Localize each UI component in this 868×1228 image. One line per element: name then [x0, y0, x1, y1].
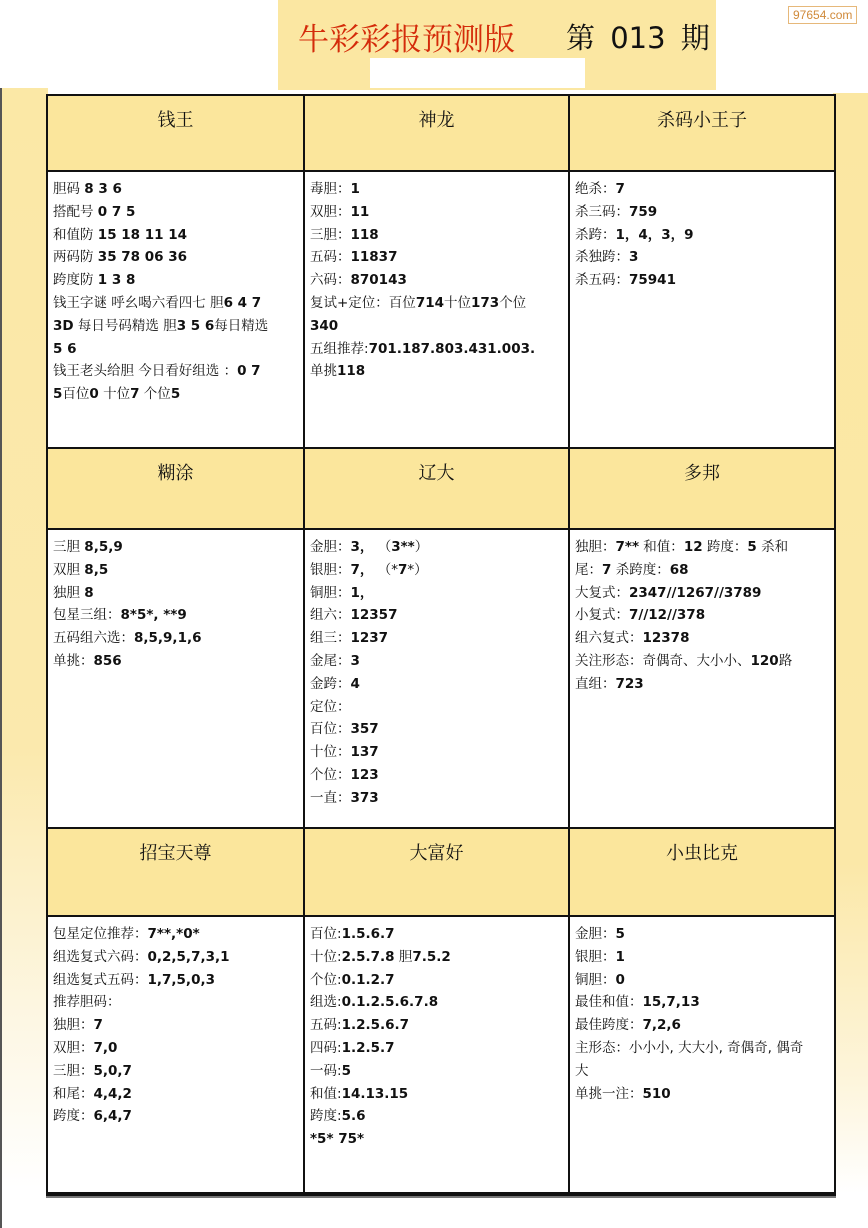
prediction-label: 单挑： — [53, 653, 94, 669]
title-blank-box — [370, 58, 585, 88]
prediction-value: 510 — [643, 1086, 671, 1102]
prediction-value: 8 — [84, 585, 93, 601]
prediction-value: 2347//1267//3789 — [629, 585, 761, 601]
expert-predictions: 毒胆：1双胆：11三胆：118五码：11837六码：870143复试+定位：百位… — [305, 172, 570, 449]
page-title: 牛彩彩报预测版 — [298, 14, 515, 59]
prediction-value: 7 — [94, 1017, 103, 1033]
prediction-line: 复试+定位：百位714十位173个位 — [310, 292, 568, 315]
prediction-label: 和值: — [310, 1086, 342, 1102]
prediction-label: 十位 — [444, 295, 471, 311]
prediction-value: 15,7,13 — [643, 994, 700, 1010]
prediction-value: 6 4 7 — [224, 295, 262, 311]
prediction-label: 六码： — [310, 272, 351, 288]
prediction-value: 6,4,7 — [94, 1108, 132, 1124]
prediction-value: 5 6 — [53, 341, 77, 357]
prediction-value: 14.13.15 — [342, 1086, 409, 1102]
prediction-label: 和值： — [639, 539, 684, 555]
prediction-value: 7.5.2 — [412, 949, 450, 965]
prediction-value: 5 — [616, 926, 625, 942]
prediction-value: 4,4,2 — [94, 1086, 132, 1102]
prediction-value: 137 — [351, 744, 379, 760]
prediction-label: 杀独跨： — [575, 249, 629, 265]
prediction-label: 金跨： — [310, 676, 351, 692]
prediction-label: （* — [373, 562, 398, 578]
prediction-line: 三胆：118 — [310, 224, 568, 247]
prediction-line: 包星定位推荐：7**,*0* — [53, 923, 303, 946]
prediction-line: 双胆：11 — [310, 201, 568, 224]
prediction-value: 8*5*, **9 — [121, 607, 187, 623]
prediction-value: 0,2,5,7,3,1 — [148, 949, 230, 965]
right-decor-panel — [833, 93, 868, 1193]
prediction-value: 8,5 — [84, 562, 108, 578]
prediction-line: 单挑一注：510 — [575, 1083, 834, 1106]
prediction-line: 一直：373 — [310, 787, 568, 810]
prediction-line: 金尾：3 — [310, 650, 568, 673]
prediction-line: 五码：11837 — [310, 246, 568, 269]
prediction-line: 一码:5 — [310, 1060, 568, 1083]
prediction-label: 银胆： — [310, 562, 351, 578]
expert-header: 神龙 — [305, 96, 570, 172]
prediction-value: 7//12//378 — [629, 607, 705, 623]
prediction-label: 独胆： — [575, 539, 616, 555]
prediction-line: 5 6 — [53, 338, 303, 361]
prediction-label: 组选复式六码： — [53, 949, 148, 965]
prediction-value: 1，4，3，9 — [616, 227, 694, 243]
prediction-label: 双胆 — [53, 562, 84, 578]
prediction-label: 最佳跨度： — [575, 1017, 643, 1033]
prediction-value: 15 18 11 14 — [98, 227, 187, 243]
prediction-label: 搭配号 — [53, 204, 98, 220]
watermark: 97654.com — [788, 6, 857, 24]
prediction-label: 组三： — [310, 630, 351, 646]
prediction-line: 金跨：4 — [310, 673, 568, 696]
prediction-line: 和值:14.13.15 — [310, 1083, 568, 1106]
prediction-value: 8,5,9 — [84, 539, 122, 555]
prediction-value: 4 — [351, 676, 360, 692]
prediction-label: 金胆： — [575, 926, 616, 942]
prediction-label: 每日号码精选 胆 — [74, 318, 177, 334]
prediction-value: 373 — [351, 790, 379, 806]
prediction-label: 五码: — [310, 1017, 342, 1033]
prediction-value: 173 — [471, 295, 499, 311]
prediction-value: 3 — [629, 249, 638, 265]
prediction-line: 杀三码：759 — [575, 201, 834, 224]
prediction-value: 3 — [351, 653, 360, 669]
prediction-line: 独胆：7 — [53, 1014, 303, 1037]
prediction-value: 68 — [670, 562, 689, 578]
prediction-label: 包星三组： — [53, 607, 121, 623]
prediction-value: 3** — [391, 539, 415, 555]
prediction-value: 1.2.5.6.7 — [342, 1017, 409, 1033]
prediction-label: 组选复式五码： — [53, 972, 148, 988]
prediction-label: 五组推荐: — [310, 341, 369, 357]
prediction-label: 绝杀： — [575, 181, 616, 197]
prediction-line: 包星三组：8*5*, **9 — [53, 604, 303, 627]
prediction-line: 双胆 8,5 — [53, 559, 303, 582]
prediction-label: 单挑一注： — [575, 1086, 643, 1102]
prediction-table: 钱王神龙杀码小王子胆码 8 3 6搭配号 0 7 5和值防 15 18 11 1… — [46, 94, 836, 1196]
prediction-line: 三胆：5,0,7 — [53, 1060, 303, 1083]
prediction-line: 搭配号 0 7 5 — [53, 201, 303, 224]
prediction-label: 复试+定位：百位 — [310, 295, 416, 311]
prediction-line: 独胆 8 — [53, 582, 303, 605]
prediction-label: 和尾： — [53, 1086, 94, 1102]
prediction-label: 十位： — [310, 744, 351, 760]
prediction-line: 组选复式六码：0,2,5,7,3,1 — [53, 946, 303, 969]
prediction-label: 五码： — [310, 249, 351, 265]
prediction-line: 和尾：4,4,2 — [53, 1083, 303, 1106]
expert-predictions: 百位:1.5.6.7十位:2.5.7.8 胆7.5.2个位:0.1.2.7组选:… — [305, 917, 570, 1192]
prediction-label: 推荐胆码： — [53, 994, 121, 1010]
prediction-line: 5百位0 十位7 个位5 — [53, 383, 303, 406]
prediction-label: 组六复式： — [575, 630, 643, 646]
prediction-line: 组三：1237 — [310, 627, 568, 650]
prediction-value: 120 — [751, 653, 779, 669]
prediction-value: 723 — [616, 676, 644, 692]
expert-header: 大富好 — [305, 829, 570, 917]
prediction-line: 组选复式五码：1,7,5,0,3 — [53, 969, 303, 992]
expert-predictions: 金胆：5银胆：1铜胆：0最佳和值：15,7,13最佳跨度：7,2,6主形态：小小… — [570, 917, 834, 1192]
prediction-value: 35 78 06 36 — [98, 249, 187, 265]
prediction-line: 3D 每日号码精选 胆3 5 6每日精选 — [53, 315, 303, 338]
prediction-value: 12357 — [351, 607, 398, 623]
prediction-value: 357 — [351, 721, 379, 737]
prediction-line: 和值防 15 18 11 14 — [53, 224, 303, 247]
prediction-value: 0 7 5 — [98, 204, 136, 220]
prediction-label: 胆码 — [53, 181, 84, 197]
prediction-value: 1.5.6.7 — [342, 926, 395, 942]
prediction-line: 十位:2.5.7.8 胆7.5.2 — [310, 946, 568, 969]
prediction-value: 7**,*0* — [148, 926, 200, 942]
prediction-label: 独胆 — [53, 585, 84, 601]
prediction-value: 8 3 6 — [84, 181, 122, 197]
prediction-value: 7 — [130, 386, 139, 402]
prediction-value: 2.5.7.8 — [342, 949, 395, 965]
prediction-line: 尾：7 杀跨度：68 — [575, 559, 834, 582]
prediction-line: 铜胆：1， — [310, 582, 568, 605]
prediction-label: 两码防 — [53, 249, 98, 265]
prediction-line: 单挑：856 — [53, 650, 303, 673]
prediction-value: 75941 — [629, 272, 676, 288]
prediction-label: 独胆： — [53, 1017, 94, 1033]
prediction-label: 定位： — [310, 699, 351, 715]
prediction-label: 大复式： — [575, 585, 629, 601]
prediction-label: 杀三码： — [575, 204, 629, 220]
prediction-line: 钱王字谜 呼幺喝六看四七 胆6 4 7 — [53, 292, 303, 315]
prediction-label: 毒胆： — [310, 181, 351, 197]
prediction-label: 杀跨： — [575, 227, 616, 243]
issue-number: 第 013 期 — [566, 16, 710, 57]
prediction-line: 金胆：5 — [575, 923, 834, 946]
prediction-value: 3 5 6 — [177, 318, 215, 334]
prediction-line: 三胆 8,5,9 — [53, 536, 303, 559]
prediction-line: 个位:0.1.2.7 — [310, 969, 568, 992]
prediction-value: 340 — [310, 318, 338, 334]
expert-header: 辽大 — [305, 449, 570, 530]
expert-predictions: 绝杀：7杀三码：759杀跨：1，4，3，9杀独跨：3杀五码：75941 — [570, 172, 834, 449]
prediction-value: 0.1.2.5.6.7.8 — [342, 994, 439, 1010]
prediction-label: 双胆： — [310, 204, 351, 220]
prediction-line: 十位：137 — [310, 741, 568, 764]
expert-header: 钱王 — [48, 96, 305, 172]
prediction-value: 5.6 — [342, 1108, 366, 1124]
prediction-label: 三胆： — [310, 227, 351, 243]
prediction-line: 四码:1.2.5.7 — [310, 1037, 568, 1060]
prediction-label: 百位 — [62, 386, 89, 402]
prediction-label: 关注形态：奇偶奇、大小小、 — [575, 653, 751, 669]
prediction-label: 十位 — [99, 386, 130, 402]
prediction-value: 5 — [171, 386, 180, 402]
prediction-value: 856 — [94, 653, 122, 669]
prediction-line: 银胆：1 — [575, 946, 834, 969]
prediction-value: 1 — [351, 181, 360, 197]
prediction-label: 尾： — [575, 562, 602, 578]
prediction-label: 小复式： — [575, 607, 629, 623]
prediction-label: 和值防 — [53, 227, 98, 243]
prediction-line: 金胆：3， （3**） — [310, 536, 568, 559]
prediction-line: 大复式：2347//1267//3789 — [575, 582, 834, 605]
prediction-label: 银胆： — [575, 949, 616, 965]
prediction-value: 714 — [416, 295, 444, 311]
prediction-line: 百位：357 — [310, 718, 568, 741]
prediction-line: 定位： — [310, 696, 568, 719]
expert-header: 招宝天尊 — [48, 829, 305, 917]
prediction-label: 双胆： — [53, 1040, 94, 1056]
prediction-value: 0 — [616, 972, 625, 988]
prediction-line: 组六：12357 — [310, 604, 568, 627]
prediction-label: 一码: — [310, 1063, 342, 1079]
expert-header: 小虫比克 — [570, 829, 834, 917]
left-edge-line — [0, 1080, 2, 1228]
prediction-value: 1,7,5,0,3 — [148, 972, 215, 988]
prediction-value: *5* 75* — [310, 1131, 364, 1147]
prediction-label: 包星定位推荐： — [53, 926, 148, 942]
prediction-label: 大 — [575, 1063, 589, 1079]
prediction-line: 大 — [575, 1060, 834, 1083]
prediction-label: 跨度: — [310, 1108, 342, 1124]
prediction-label: ） — [415, 539, 429, 555]
prediction-line: 组选:0.1.2.5.6.7.8 — [310, 991, 568, 1014]
prediction-value: 12 — [684, 539, 703, 555]
prediction-line: 关注形态：奇偶奇、大小小、120路 — [575, 650, 834, 673]
prediction-value: 123 — [351, 767, 379, 783]
prediction-label: 金尾： — [310, 653, 351, 669]
prediction-value: 118 — [351, 227, 379, 243]
prediction-value: 8,5,9,1,6 — [134, 630, 201, 646]
prediction-line: *5* 75* — [310, 1128, 568, 1151]
prediction-value: 3D — [53, 318, 74, 334]
prediction-line: 两码防 35 78 06 36 — [53, 246, 303, 269]
prediction-value: 1 3 8 — [98, 272, 136, 288]
prediction-label: 铜胆： — [310, 585, 351, 601]
prediction-line: 六码：870143 — [310, 269, 568, 292]
prediction-value: 7,0 — [94, 1040, 118, 1056]
prediction-line: 跨度:5.6 — [310, 1105, 568, 1128]
prediction-value: 3， — [351, 539, 374, 555]
prediction-label: （ — [373, 539, 391, 555]
prediction-label: 跨度防 — [53, 272, 98, 288]
prediction-line: 百位:1.5.6.7 — [310, 923, 568, 946]
expert-header: 多邦 — [570, 449, 834, 530]
prediction-label: 组六： — [310, 607, 351, 623]
prediction-line: 杀五码：75941 — [575, 269, 834, 292]
prediction-value: 1 — [616, 949, 625, 965]
prediction-line: 跨度：6,4,7 — [53, 1105, 303, 1128]
prediction-label: 个位： — [310, 767, 351, 783]
prediction-line: 直组：723 — [575, 673, 834, 696]
expert-predictions: 金胆：3， （3**）银胆：7， （*7*）铜胆：1，组六：12357组三：12… — [305, 530, 570, 829]
prediction-line: 绝杀：7 — [575, 178, 834, 201]
prediction-line: 最佳和值：15,7,13 — [575, 991, 834, 1014]
expert-predictions: 包星定位推荐：7**,*0*组选复式六码：0,2,5,7,3,1组选复式五码：1… — [48, 917, 305, 1192]
prediction-value: 11 — [351, 204, 370, 220]
prediction-label: 杀五码： — [575, 272, 629, 288]
prediction-line: 主形态：小小小, 大大小, 奇偶奇, 偶奇 — [575, 1037, 834, 1060]
prediction-label: 三胆 — [53, 539, 84, 555]
expert-predictions: 胆码 8 3 6搭配号 0 7 5和值防 15 18 11 14两码防 35 7… — [48, 172, 305, 449]
prediction-line: 胆码 8 3 6 — [53, 178, 303, 201]
prediction-line: 小复式：7//12//378 — [575, 604, 834, 627]
prediction-line: 银胆：7， （*7*） — [310, 559, 568, 582]
prediction-label: 钱王老头给胆 今日看好组选 ： — [53, 363, 237, 379]
prediction-label: 跨度： — [703, 539, 748, 555]
expert-predictions: 独胆：7** 和值：12 跨度：5 杀和尾：7 杀跨度：68大复式：2347//… — [570, 530, 834, 829]
prediction-label: 钱王字谜 呼幺喝六看四七 胆 — [53, 295, 224, 311]
prediction-label: 四码: — [310, 1040, 342, 1056]
expert-header: 糊涂 — [48, 449, 305, 530]
prediction-line: 单挑118 — [310, 360, 568, 383]
prediction-label: 个位: — [310, 972, 342, 988]
expert-predictions: 三胆 8,5,9双胆 8,5独胆 8包星三组：8*5*, **9五码组六选：8,… — [48, 530, 305, 829]
prediction-line: 杀独跨：3 — [575, 246, 834, 269]
prediction-value: 11837 — [351, 249, 398, 265]
prediction-value: 1237 — [351, 630, 389, 646]
prediction-line: 铜胆：0 — [575, 969, 834, 992]
prediction-label: *） — [407, 562, 427, 578]
prediction-line: 340 — [310, 315, 568, 338]
prediction-line: 五码:1.2.5.6.7 — [310, 1014, 568, 1037]
prediction-label: 三胆： — [53, 1063, 94, 1079]
prediction-value: 7 — [602, 562, 611, 578]
prediction-line: 双胆：7,0 — [53, 1037, 303, 1060]
left-decor-panel — [0, 88, 48, 1188]
prediction-value: 0.1.2.7 — [342, 972, 395, 988]
prediction-label: 百位： — [310, 721, 351, 737]
prediction-label: 每日精选 — [214, 318, 268, 334]
prediction-value: 7 — [398, 562, 407, 578]
prediction-label: 直组： — [575, 676, 616, 692]
prediction-label: 十位: — [310, 949, 342, 965]
prediction-value: 5,0,7 — [94, 1063, 132, 1079]
prediction-label: 一直： — [310, 790, 351, 806]
prediction-label: 个位 — [499, 295, 526, 311]
prediction-label: 路 — [779, 653, 793, 669]
prediction-label: 个位 — [140, 386, 171, 402]
prediction-line: 钱王老头给胆 今日看好组选 ：0 7 — [53, 360, 303, 383]
prediction-label: 杀跨度： — [611, 562, 669, 578]
title-banner: 牛彩彩报预测版 第 013 期 — [278, 0, 716, 90]
prediction-label: 金胆： — [310, 539, 351, 555]
prediction-value: 1.2.5.7 — [342, 1040, 395, 1056]
prediction-value: 1， — [351, 585, 374, 601]
prediction-line: 最佳跨度：7,2,6 — [575, 1014, 834, 1037]
prediction-label: 组选: — [310, 994, 342, 1010]
prediction-label: 最佳和值： — [575, 994, 643, 1010]
prediction-value: 0 — [89, 386, 98, 402]
prediction-value: 5 — [747, 539, 756, 555]
prediction-value: 870143 — [351, 272, 407, 288]
prediction-line: 五组推荐:701.187.803.431.003. — [310, 338, 568, 361]
prediction-label: 铜胆： — [575, 972, 616, 988]
prediction-label: 胆 — [395, 949, 413, 965]
prediction-line: 个位：123 — [310, 764, 568, 787]
prediction-value: 701.187.803.431.003. — [369, 341, 536, 357]
expert-header: 杀码小王子 — [570, 96, 834, 172]
prediction-value: 759 — [629, 204, 657, 220]
prediction-value: 7 — [616, 181, 625, 197]
prediction-label: 杀和 — [757, 539, 788, 555]
prediction-label: 百位: — [310, 926, 342, 942]
prediction-value: 7,2,6 — [643, 1017, 681, 1033]
prediction-line: 独胆：7** 和值：12 跨度：5 杀和 — [575, 536, 834, 559]
prediction-value: 5 — [53, 386, 62, 402]
prediction-value: 0 7 — [237, 363, 261, 379]
prediction-line: 五码组六选：8,5,9,1,6 — [53, 627, 303, 650]
prediction-value: 5 — [342, 1063, 351, 1079]
prediction-line: 毒胆：1 — [310, 178, 568, 201]
prediction-line: 组六复式：12378 — [575, 627, 834, 650]
prediction-line: 杀跨：1，4，3，9 — [575, 224, 834, 247]
prediction-label: 跨度： — [53, 1108, 94, 1124]
prediction-value: 12378 — [643, 630, 690, 646]
prediction-label: 主形态：小小小, 大大小, 奇偶奇, 偶奇 — [575, 1040, 803, 1056]
prediction-value: 7** — [616, 539, 640, 555]
prediction-value: 118 — [337, 363, 365, 379]
prediction-label: 单挑 — [310, 363, 337, 379]
prediction-line: 跨度防 1 3 8 — [53, 269, 303, 292]
prediction-value: 7， — [351, 562, 374, 578]
prediction-label: 五码组六选： — [53, 630, 134, 646]
prediction-line: 推荐胆码： — [53, 991, 303, 1014]
